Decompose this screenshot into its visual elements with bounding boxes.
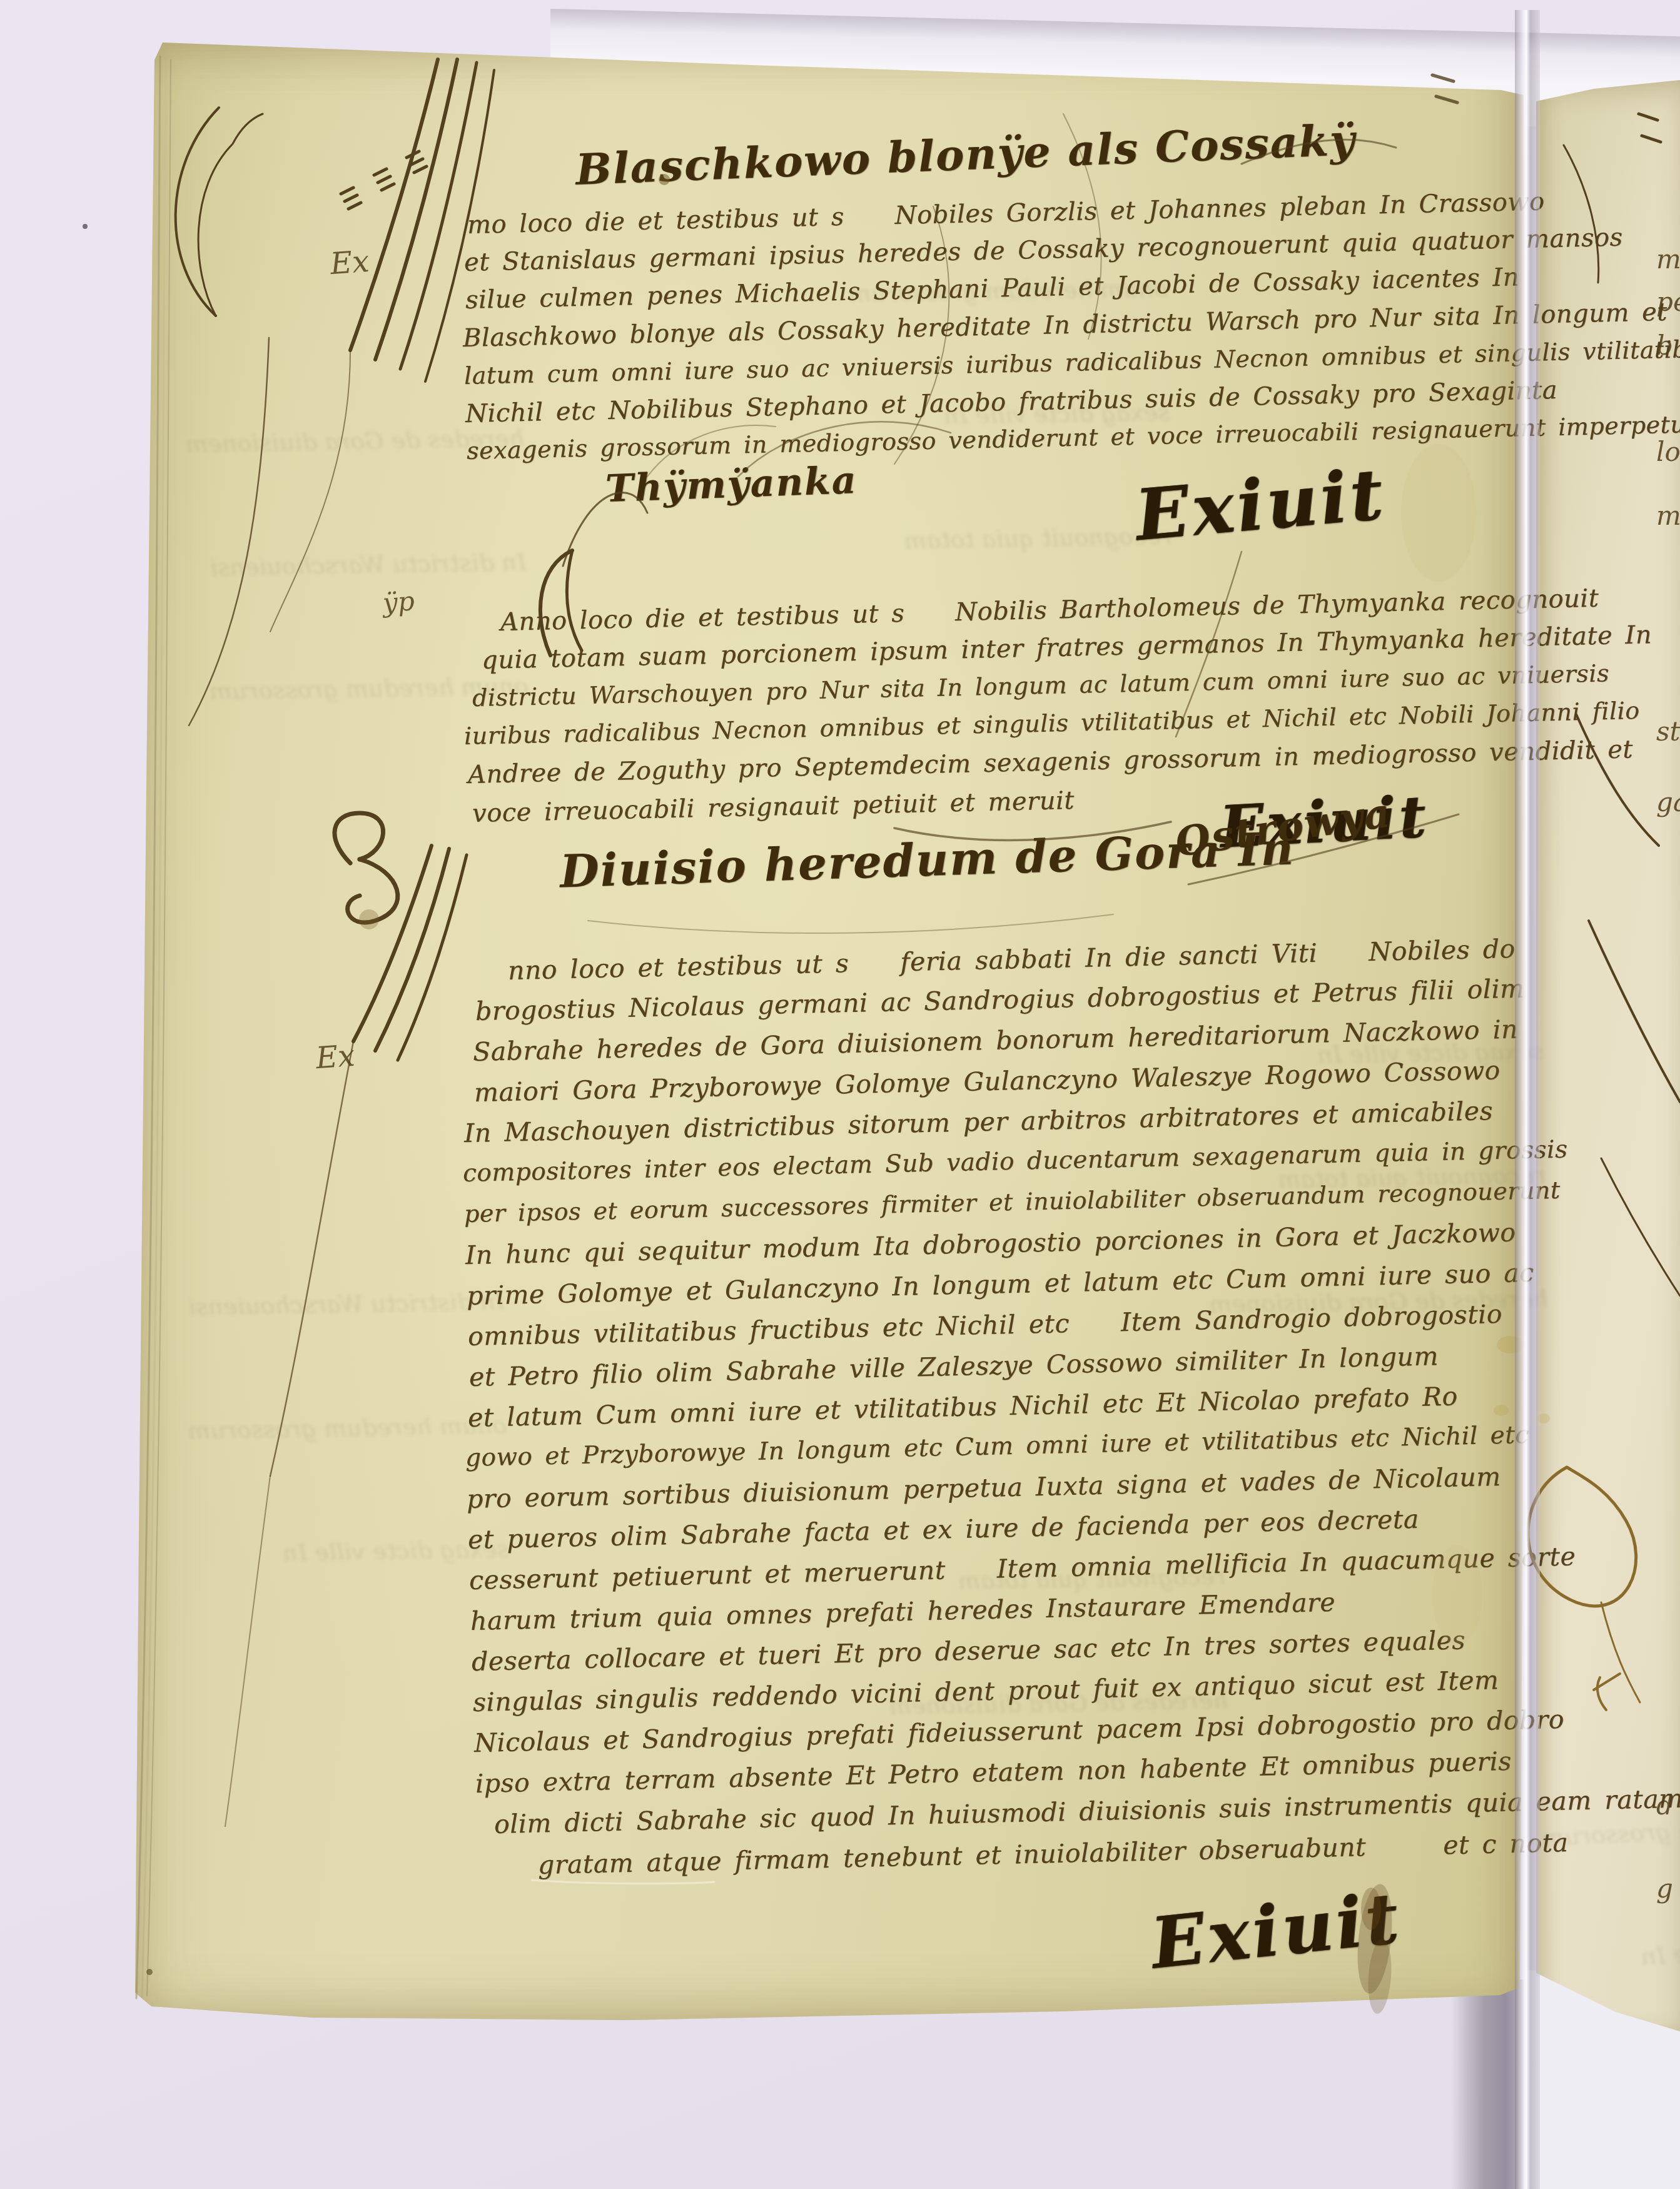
facing-page-text-fragment: lor <box>1656 437 1680 467</box>
showthrough-text: In districtu Warschouiensi <box>187 541 527 588</box>
facing-page-text-fragment: ga <box>1656 787 1680 817</box>
background-speck <box>83 224 88 229</box>
facing-page-text-fragment: g <box>1656 1873 1673 1904</box>
showthrough-text: sexag dicte ville In <box>190 1529 509 1575</box>
showthrough-text: sexag dicte ville In <box>1547 1924 1680 1983</box>
manuscript-scan: onum heredum grossorum sexag dicte ville… <box>0 0 1680 2189</box>
facing-page-text-fragment: b <box>1656 330 1673 361</box>
facing-page-text-fragment: m <box>1656 244 1680 275</box>
gutter-shadow <box>1451 1979 1524 2189</box>
showthrough-text: In districtu Warschouiensi <box>185 1281 505 1328</box>
margin-note-yp: ÿp <box>382 585 415 618</box>
section-heading: Thÿmÿanka <box>605 458 858 511</box>
showthrough-text: recognouit quia totam <box>853 515 1172 562</box>
holding-strip <box>1515 10 1540 2189</box>
margin-note-ex: Ex <box>315 1038 356 1076</box>
facing-page-text-fragment: pe <box>1656 286 1680 317</box>
facing-page-text-fragment: d <box>1656 1790 1673 1821</box>
facing-page-text-fragment: m <box>1656 500 1680 531</box>
margin-note-ex: Ex <box>329 244 370 281</box>
facing-page-text-fragment: st <box>1656 716 1680 747</box>
showthrough-text: onum heredum grossorum <box>187 1405 507 1452</box>
showthrough-patch: In districtu Warschouiensi onum heredum … <box>184 1198 511 1658</box>
